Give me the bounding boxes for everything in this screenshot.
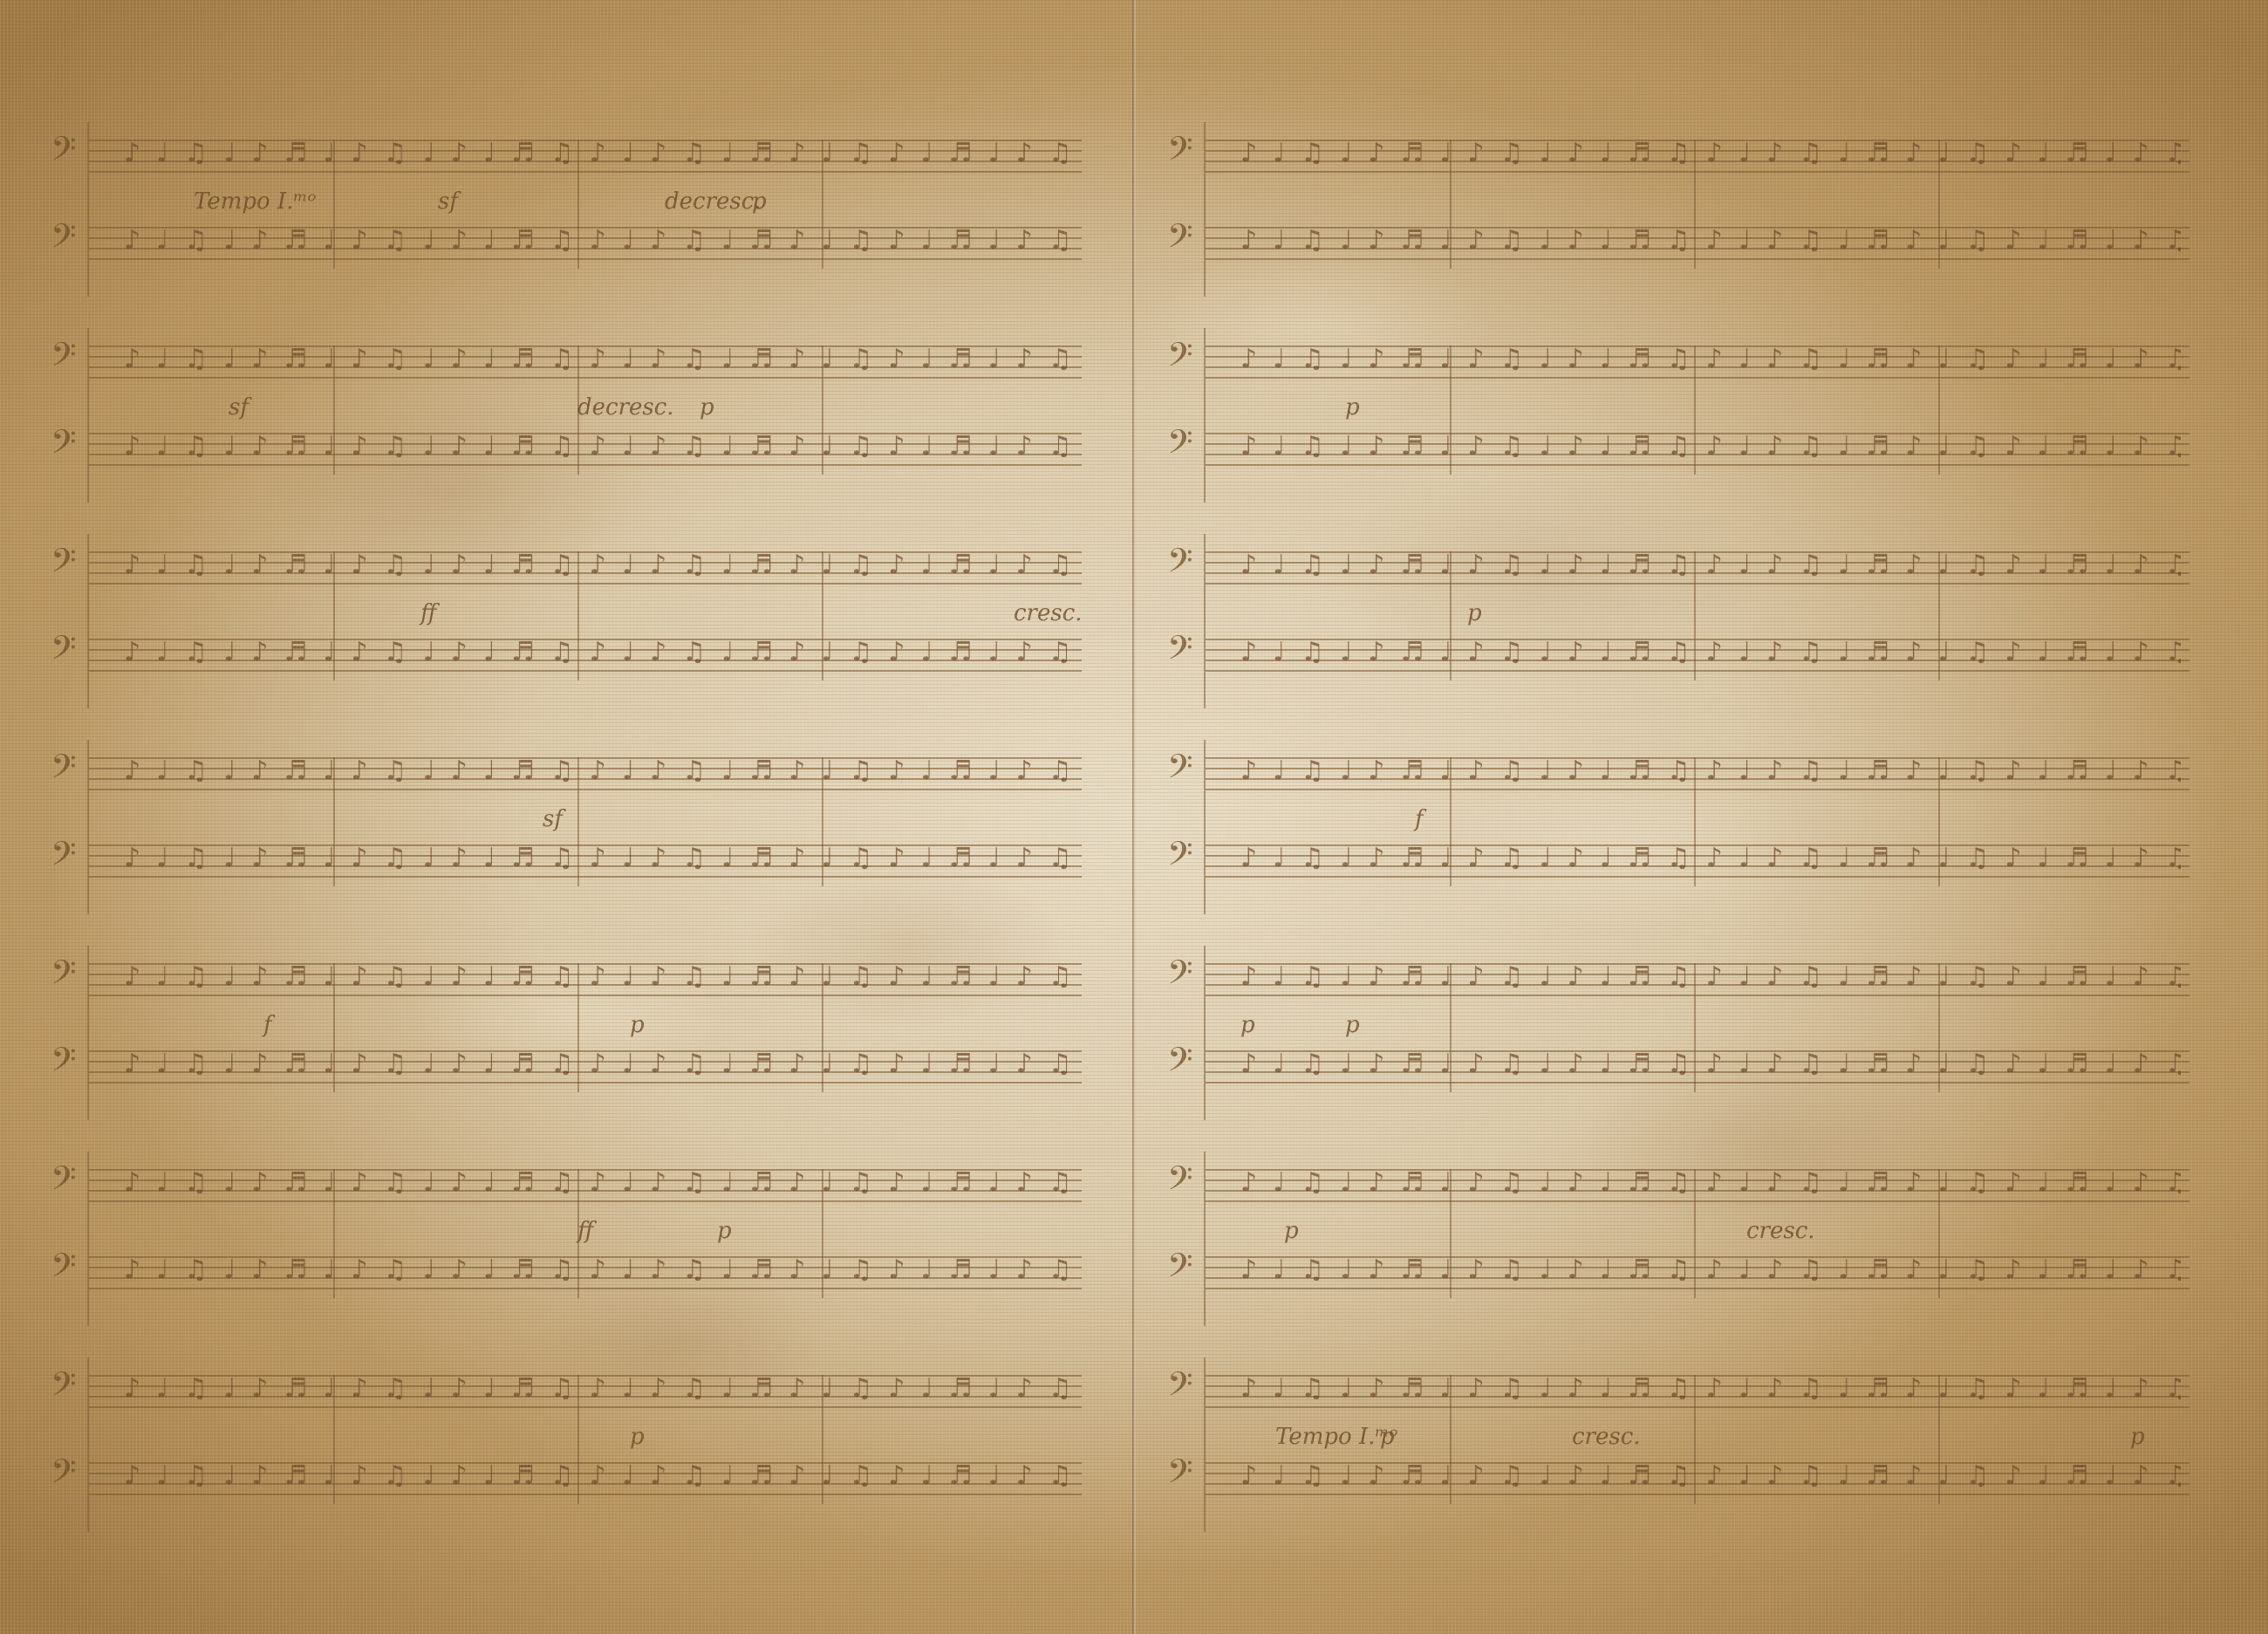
dynamic-marking: p — [2130, 1424, 2145, 1450]
dynamic-marking: f — [263, 1012, 272, 1038]
dynamic-marking: cresc. — [1572, 1424, 1641, 1450]
barline — [822, 140, 823, 269]
note-group: ♪♩♫♩♪♬♩♪♫♩♪♩♬♫♪♩♪♫♩♬♪♩♫♪♩♬♩♪♫♩♪♩ — [124, 1460, 1073, 1491]
bass-clef-icon: 𝄢 — [1167, 335, 1193, 384]
bass-clef-icon: 𝄢 — [1167, 1364, 1193, 1413]
dynamic-marking: decresc. — [665, 188, 762, 215]
barline — [577, 551, 579, 680]
barline — [822, 757, 823, 886]
staff-system: 𝄢♪♩♫♩♪♬♩♪♫♩♪♩♬♫♪♩♪♫♩♬♪♩♫♪♩♬♩♪♫♩♪♩𝄢♪♩♫♩♪♬… — [87, 946, 1082, 1120]
barline — [333, 551, 335, 680]
barline — [333, 345, 335, 475]
dynamic-marking: p — [1345, 1012, 1360, 1038]
barline — [1694, 963, 1696, 1092]
dynamic-marking: sf — [543, 806, 563, 832]
dynamic-marking: ff — [420, 600, 436, 626]
barline — [1938, 1375, 1940, 1504]
bass-clef-icon: 𝄢 — [1167, 628, 1193, 677]
note-group: ♪♩♫♩♪♬♩♪♫♩♪♩♬♫♪♩♪♫♩♬♪♩♫♪♩♬♩♪♫♩♪♩ — [124, 138, 1073, 168]
barline — [1938, 551, 1940, 680]
barline — [1938, 1169, 1940, 1298]
bass-clef-icon: 𝄢 — [1167, 747, 1193, 796]
barline — [1450, 757, 1452, 886]
barline — [333, 1169, 335, 1298]
dynamic-marking: p — [700, 394, 714, 420]
barline — [577, 140, 579, 269]
dynamic-marking: cresc. — [1746, 1218, 1815, 1244]
bass-clef-icon: 𝄢 — [1167, 1159, 1193, 1207]
barline — [1450, 1169, 1452, 1298]
barline — [577, 963, 579, 1092]
staff-system: 𝄢♪♩♫♩♪♬♩♪♫♩♪♩♬♫♪♩♪♫♩♬♪♩♫♪♩♬♩♪♫♩♪♩𝄢♪♩♫♩♪♬… — [87, 1152, 1082, 1326]
note-group: ♪♩♫♩♪♬♩♪♫♩♪♩♬♫♪♩♪♫♩♬♪♩♫♪♩♬♩♪♫♩♪♩ — [124, 1255, 1073, 1285]
bass-clef-icon: 𝄢 — [51, 628, 77, 677]
staff-system: 𝄢♪♩♫♩♪♬♩♪♫♩♪♩♬♫♪♩♪♫♩♬♪♩♫♪♩♬♩♪♫♩♪♩𝄢♪♩♫♩♪♬… — [1204, 122, 2189, 297]
dynamic-marking: Tempo I.ᵐᵒ — [194, 188, 316, 215]
bass-clef-icon: 𝄢 — [1167, 1040, 1193, 1089]
bass-clef-icon: 𝄢 — [51, 1246, 77, 1295]
bass-clef-icon: 𝄢 — [51, 834, 77, 883]
barline — [1938, 963, 1940, 1092]
bass-clef-icon: 𝄢 — [51, 953, 77, 1002]
note-group: ♪♩♫♩♪♬♩♪♫♩♪♩♬♫♪♩♪♫♩♬♪♩♫♪♩♬♩♪♫♩♪♩ — [1240, 550, 2181, 580]
barline — [1450, 963, 1452, 1092]
bass-clef-icon: 𝄢 — [1167, 1452, 1193, 1501]
barline — [1694, 757, 1696, 886]
barline — [1450, 551, 1452, 680]
note-group: ♪♩♫♩♪♬♩♪♫♩♪♩♬♫♪♩♪♫♩♬♪♩♫♪♩♬♩♪♫♩♪♩ — [1240, 1049, 2181, 1079]
dynamic-marking: p — [630, 1012, 645, 1038]
barline — [1694, 1375, 1696, 1504]
note-group: ♪♩♫♩♪♬♩♪♫♩♪♩♬♫♪♩♪♫♩♬♪♩♫♪♩♬♩♪♫♩♪♩ — [124, 550, 1073, 580]
bass-clef-icon: 𝄢 — [51, 129, 77, 178]
note-group: ♪♩♫♩♪♬♩♪♫♩♪♩♬♫♪♩♪♫♩♬♪♩♫♪♩♬♩♪♫♩♪♩ — [1240, 755, 2181, 786]
bass-clef-icon: 𝄢 — [51, 422, 77, 471]
bass-clef-icon: 𝄢 — [51, 1364, 77, 1413]
note-group: ♪♩♫♩♪♬♩♪♫♩♪♩♬♫♪♩♪♫♩♬♪♩♫♪♩♬♩♪♫♩♪♩ — [1240, 1167, 2181, 1198]
note-group: ♪♩♫♩♪♬♩♪♫♩♪♩♬♫♪♩♪♫♩♬♪♩♫♪♩♬♩♪♫♩♪♩ — [1240, 138, 2181, 168]
note-group: ♪♩♫♩♪♬♩♪♫♩♪♩♬♫♪♩♪♫♩♬♪♩♫♪♩♬♩♪♫♩♪♩ — [124, 961, 1073, 992]
bass-clef-icon: 𝄢 — [1167, 422, 1193, 471]
note-group: ♪♩♫♩♪♬♩♪♫♩♪♩♬♫♪♩♪♫♩♬♪♩♫♪♩♬♩♪♫♩♪♩ — [124, 344, 1073, 374]
note-group: ♪♩♫♩♪♬♩♪♫♩♪♩♬♫♪♩♪♫♩♬♪♩♫♪♩♬♩♪♫♩♪♩ — [1240, 637, 2181, 667]
bass-clef-icon: 𝄢 — [51, 1040, 77, 1089]
barline — [333, 1375, 335, 1504]
dynamic-marking: p — [1284, 1218, 1299, 1244]
barline — [577, 1375, 579, 1504]
dynamic-marking: ff — [577, 1218, 593, 1244]
note-group: ♪♩♫♩♪♬♩♪♫♩♪♩♬♫♪♩♪♫♩♬♪♩♫♪♩♬♩♪♫♩♪♩ — [1240, 225, 2181, 256]
note-group: ♪♩♫♩♪♬♩♪♫♩♪♩♬♫♪♩♪♫♩♬♪♩♫♪♩♬♩♪♫♩♪♩ — [124, 637, 1073, 667]
bass-clef-icon: 𝄢 — [51, 335, 77, 384]
dynamic-marking: sf — [438, 188, 458, 215]
barline — [822, 963, 823, 1092]
barline — [577, 757, 579, 886]
left-page: 𝄢♪♩♫♩♪♬♩♪♫♩♪♩♬♫♪♩♪♫♩♬♪♩♫♪♩♬♩♪♫♩♪♩𝄢♪♩♫♩♪♬… — [87, 122, 1082, 1563]
barline — [1938, 345, 1940, 475]
barline — [333, 140, 335, 269]
staff-system: 𝄢♪♩♫♩♪♬♩♪♫♩♪♩♬♫♪♩♪♫♩♬♪♩♫♪♩♬♩♪♫♩♪♩𝄢♪♩♫♩♪♬… — [1204, 946, 2189, 1120]
staff-system: 𝄢♪♩♫♩♪♬♩♪♫♩♪♩♬♫♪♩♪♫♩♬♪♩♫♪♩♬♩♪♫♩♪♩𝄢♪♩♫♩♪♬… — [87, 328, 1082, 503]
center-fold — [1132, 0, 1136, 1634]
dynamic-marking: p — [1240, 1012, 1255, 1038]
note-group: ♪♩♫♩♪♬♩♪♫♩♪♩♬♫♪♩♪♫♩♬♪♩♫♪♩♬♩♪♫♩♪♩ — [1240, 843, 2181, 873]
staff-system: 𝄢♪♩♫♩♪♬♩♪♫♩♪♩♬♫♪♩♪♫♩♬♪♩♫♪♩♬♩♪♫♩♪♩𝄢♪♩♫♩♪♬… — [1204, 1357, 2189, 1532]
barline — [1450, 1375, 1452, 1504]
bass-clef-icon: 𝄢 — [1167, 834, 1193, 883]
barline — [1694, 345, 1696, 475]
barline — [1694, 1169, 1696, 1298]
barline — [822, 1169, 823, 1298]
bass-clef-icon: 𝄢 — [51, 216, 77, 265]
barline — [333, 757, 335, 886]
dynamic-marking: p — [1467, 600, 1482, 626]
dynamic-marking: decresc. — [577, 394, 674, 420]
barline — [1938, 140, 1940, 269]
dynamic-marking: sf — [229, 394, 249, 420]
dynamic-marking: p — [1380, 1424, 1395, 1450]
barline — [822, 345, 823, 475]
sheet-music-background: 𝄢♪♩♫♩♪♬♩♪♫♩♪♩♬♫♪♩♪♫♩♬♪♩♫♪♩♬♩♪♫♩♪♩𝄢♪♩♫♩♪♬… — [0, 0, 2268, 1634]
bass-clef-icon: 𝄢 — [1167, 1246, 1193, 1295]
note-group: ♪♩♫♩♪♬♩♪♫♩♪♩♬♫♪♩♪♫♩♬♪♩♫♪♩♬♩♪♫♩♪♩ — [124, 1167, 1073, 1198]
note-group: ♪♩♫♩♪♬♩♪♫♩♪♩♬♫♪♩♪♫♩♬♪♩♫♪♩♬♩♪♫♩♪♩ — [124, 1373, 1073, 1404]
note-group: ♪♩♫♩♪♬♩♪♫♩♪♩♬♫♪♩♪♫♩♬♪♩♫♪♩♬♩♪♫♩♪♩ — [1240, 961, 2181, 992]
dynamic-marking: f — [1415, 806, 1424, 832]
bass-clef-icon: 𝄢 — [1167, 129, 1193, 178]
staff-system: 𝄢♪♩♫♩♪♬♩♪♫♩♪♩♬♫♪♩♪♫♩♬♪♩♫♪♩♬♩♪♫♩♪♩𝄢♪♩♫♩♪♬… — [87, 122, 1082, 297]
barline — [1450, 140, 1452, 269]
right-page: 𝄢♪♩♫♩♪♬♩♪♫♩♪♩♬♫♪♩♪♫♩♬♪♩♫♪♩♬♩♪♫♩♪♩𝄢♪♩♫♩♪♬… — [1204, 122, 2189, 1563]
staff-system: 𝄢♪♩♫♩♪♬♩♪♫♩♪♩♬♫♪♩♪♫♩♬♪♩♫♪♩♬♩♪♫♩♪♩𝄢♪♩♫♩♪♬… — [87, 534, 1082, 708]
bass-clef-icon: 𝄢 — [51, 747, 77, 796]
staff-system: 𝄢♪♩♫♩♪♬♩♪♫♩♪♩♬♫♪♩♪♫♩♬♪♩♫♪♩♬♩♪♫♩♪♩𝄢♪♩♫♩♪♬… — [87, 740, 1082, 914]
note-group: ♪♩♫♩♪♬♩♪♫♩♪♩♬♫♪♩♪♫♩♬♪♩♫♪♩♬♩♪♫♩♪♩ — [124, 225, 1073, 256]
staff-system: 𝄢♪♩♫♩♪♬♩♪♫♩♪♩♬♫♪♩♪♫♩♬♪♩♫♪♩♬♩♪♫♩♪♩𝄢♪♩♫♩♪♬… — [1204, 328, 2189, 503]
note-group: ♪♩♫♩♪♬♩♪♫♩♪♩♬♫♪♩♪♫♩♬♪♩♫♪♩♬♩♪♫♩♪♩ — [1240, 431, 2181, 461]
bass-clef-icon: 𝄢 — [1167, 953, 1193, 1002]
note-group: ♪♩♫♩♪♬♩♪♫♩♪♩♬♫♪♩♪♫♩♬♪♩♫♪♩♬♩♪♫♩♪♩ — [1240, 1373, 2181, 1404]
dynamic-marking: p — [630, 1424, 645, 1450]
bass-clef-icon: 𝄢 — [51, 541, 77, 590]
bass-clef-icon: 𝄢 — [51, 1159, 77, 1207]
note-group: ♪♩♫♩♪♬♩♪♫♩♪♩♬♫♪♩♪♫♩♬♪♩♫♪♩♬♩♪♫♩♪♩ — [124, 431, 1073, 461]
staff-system: 𝄢♪♩♫♩♪♬♩♪♫♩♪♩♬♫♪♩♪♫♩♬♪♩♫♪♩♬♩♪♫♩♪♩𝄢♪♩♫♩♪♬… — [1204, 1152, 2189, 1326]
staff-system: 𝄢♪♩♫♩♪♬♩♪♫♩♪♩♬♫♪♩♪♫♩♬♪♩♫♪♩♬♩♪♫♩♪♩𝄢♪♩♫♩♪♬… — [1204, 740, 2189, 914]
bass-clef-icon: 𝄢 — [1167, 216, 1193, 265]
note-group: ♪♩♫♩♪♬♩♪♫♩♪♩♬♫♪♩♪♫♩♬♪♩♫♪♩♬♩♪♫♩♪♩ — [1240, 1460, 2181, 1491]
bass-clef-icon: 𝄢 — [51, 1452, 77, 1501]
barline — [822, 551, 823, 680]
barline — [1694, 140, 1696, 269]
note-group: ♪♩♫♩♪♬♩♪♫♩♪♩♬♫♪♩♪♫♩♬♪♩♫♪♩♬♩♪♫♩♪♩ — [1240, 344, 2181, 374]
barline — [333, 963, 335, 1092]
staff-system: 𝄢♪♩♫♩♪♬♩♪♫♩♪♩♬♫♪♩♪♫♩♬♪♩♫♪♩♬♩♪♫♩♪♩𝄢♪♩♫♩♪♬… — [1204, 534, 2189, 708]
barline — [1694, 551, 1696, 680]
note-group: ♪♩♫♩♪♬♩♪♫♩♪♩♬♫♪♩♪♫♩♬♪♩♫♪♩♬♩♪♫♩♪♩ — [124, 843, 1073, 873]
note-group: ♪♩♫♩♪♬♩♪♫♩♪♩♬♫♪♩♪♫♩♬♪♩♫♪♩♬♩♪♫♩♪♩ — [124, 755, 1073, 786]
dynamic-marking: p — [1345, 394, 1360, 420]
dynamic-marking: cresc. — [1014, 600, 1083, 626]
barline — [822, 1375, 823, 1504]
staff-system: 𝄢♪♩♫♩♪♬♩♪♫♩♪♩♬♫♪♩♪♫♩♬♪♩♫♪♩♬♩♪♫♩♪♩𝄢♪♩♫♩♪♬… — [87, 1357, 1082, 1532]
note-group: ♪♩♫♩♪♬♩♪♫♩♪♩♬♫♪♩♪♫♩♬♪♩♫♪♩♬♩♪♫♩♪♩ — [124, 1049, 1073, 1079]
barline — [1938, 757, 1940, 886]
dynamic-marking: p — [717, 1218, 732, 1244]
barline — [1450, 345, 1452, 475]
bass-clef-icon: 𝄢 — [1167, 541, 1193, 590]
dynamic-marking: p — [752, 188, 767, 215]
note-group: ♪♩♫♩♪♬♩♪♫♩♪♩♬♫♪♩♪♫♩♬♪♩♫♪♩♬♩♪♫♩♪♩ — [1240, 1255, 2181, 1285]
